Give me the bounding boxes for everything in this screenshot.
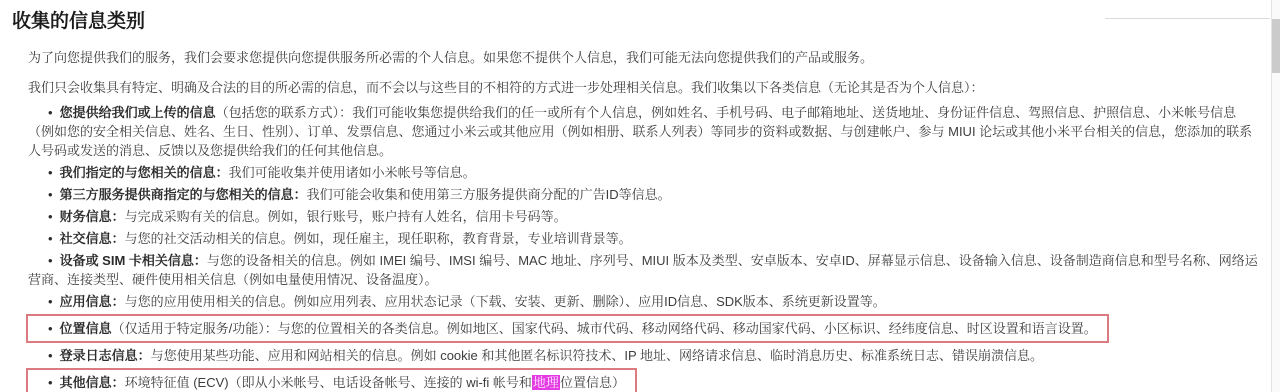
bullet-icon: • xyxy=(48,348,53,363)
bullet-term: 位置信息 xyxy=(60,321,112,336)
bullet-term: 我们指定的与您相关的信息： xyxy=(60,165,229,180)
intro-paragraph-2: 我们只会收集具有特定、明确及合法的目的所必需的信息，而不会以与这些目的不相符的方… xyxy=(28,78,1262,97)
bullet-term: 您提供给我们或上传的信息 xyxy=(60,105,216,120)
bullet-icon: • xyxy=(48,231,53,246)
bullet-icon: • xyxy=(48,187,53,202)
bullet-note: （包括您的联系方式）： xyxy=(216,105,353,120)
bullet-icon: • xyxy=(48,294,53,309)
list-item: •社交信息：与您的社交活动相关的信息。例如，现任雇主，现任职称，教育背景，专业培… xyxy=(28,229,1262,248)
bullet-icon: • xyxy=(48,105,53,120)
bullet-body: 我们可能收集并使用诸如小米帐号等信息。 xyxy=(229,165,476,180)
bullet-term: 第三方服务提供商指定的与您相关的信息： xyxy=(60,187,307,202)
content-area: 为了向您提供我们的服务，我们会要求您提供向您提供服务所必需的个人信息。如果您不提… xyxy=(28,48,1262,392)
bullet-body: 与您使用某些功能、应用和网站相关的信息。例如 cookie 和其他匿名标识符技术… xyxy=(151,348,1043,363)
bullet-body: 与您的位置相关的各类信息。例如地区、国家代码、城市代码、移动网络代码、移动国家代… xyxy=(278,321,1097,336)
bullet-term: 设备或 SIM 卡相关信息： xyxy=(60,253,207,268)
bullet-icon: • xyxy=(48,253,53,268)
divider xyxy=(1105,18,1270,19)
bullet-term: 登录日志信息： xyxy=(60,348,151,363)
bullet-icon: • xyxy=(48,165,53,180)
list-item: •我们指定的与您相关的信息：我们可能收集并使用诸如小米帐号等信息。 xyxy=(28,163,1262,182)
list-item: •应用信息：与您的应用使用相关的信息。例如应用列表、应用状态记录（下载、安装、更… xyxy=(28,292,1262,311)
search-highlight: 地理 xyxy=(532,375,560,390)
bullet-body: 位置信息） xyxy=(560,375,625,390)
bullet-list: •您提供给我们或上传的信息（包括您的联系方式）：我们可能收集您提供给我们的任一或… xyxy=(28,103,1262,392)
bullet-icon: • xyxy=(48,209,53,224)
privacy-policy-page: 收集的信息类别 为了向您提供我们的服务，我们会要求您提供向您提供服务所必需的个人… xyxy=(0,10,1280,392)
bullet-body: 与完成采购有关的信息。例如，银行账号，账户持有人姓名，信用卡号码等。 xyxy=(125,209,567,224)
bullet-term: 其他信息： xyxy=(60,375,125,390)
list-item: •财务信息：与完成采购有关的信息。例如，银行账号，账户持有人姓名，信用卡号码等。 xyxy=(28,207,1262,226)
page-title: 收集的信息类别 xyxy=(12,10,1280,33)
list-item-boxed: •其他信息：环境特征值 (ECV)（即从小米帐号、电话设备帐号、连接的 wi-f… xyxy=(26,368,637,392)
bullet-body: 与您的社交活动相关的信息。例如，现任雇主，现任职称，教育背景，专业培训背景等。 xyxy=(125,231,632,246)
bullet-term: 财务信息： xyxy=(60,209,125,224)
scrollbar-thumb[interactable] xyxy=(1272,19,1280,73)
scrollbar-track[interactable] xyxy=(1271,0,1280,392)
bullet-body: 与您的应用使用相关的信息。例如应用列表、应用状态记录（下载、安装、更新、删除）、… xyxy=(125,294,886,309)
bullet-icon: • xyxy=(48,375,53,390)
bullet-icon: • xyxy=(48,321,53,336)
bullet-body: 环境特征值 (ECV)（即从小米帐号、电话设备帐号、连接的 wi-fi 帐号和 xyxy=(125,375,532,390)
intro-paragraph-1: 为了向您提供我们的服务，我们会要求您提供向您提供服务所必需的个人信息。如果您不提… xyxy=(28,48,1262,67)
list-item: •设备或 SIM 卡相关信息：与您的设备相关的信息。例如 IMEI 编号、IMS… xyxy=(28,251,1262,289)
list-item: •登录日志信息：与您使用某些功能、应用和网站相关的信息。例如 cookie 和其… xyxy=(28,346,1262,365)
list-item: •第三方服务提供商指定的与您相关的信息：我们可能会收集和使用第三方服务提供商分配… xyxy=(28,185,1262,204)
bullet-term: 社交信息： xyxy=(60,231,125,246)
bullet-body: 我们可能会收集和使用第三方服务提供商分配的广告ID等信息。 xyxy=(307,187,671,202)
bullet-note: （仅适用于特定服务/功能）： xyxy=(112,321,278,336)
list-item-boxed: •位置信息（仅适用于特定服务/功能）：与您的位置相关的各类信息。例如地区、国家代… xyxy=(26,314,1109,343)
list-item: •您提供给我们或上传的信息（包括您的联系方式）：我们可能收集您提供给我们的任一或… xyxy=(28,103,1262,160)
bullet-term: 应用信息： xyxy=(60,294,125,309)
bullet-body: 与您的设备相关的信息。例如 IMEI 编号、IMSI 编号、MAC 地址、序列号… xyxy=(28,253,1258,287)
